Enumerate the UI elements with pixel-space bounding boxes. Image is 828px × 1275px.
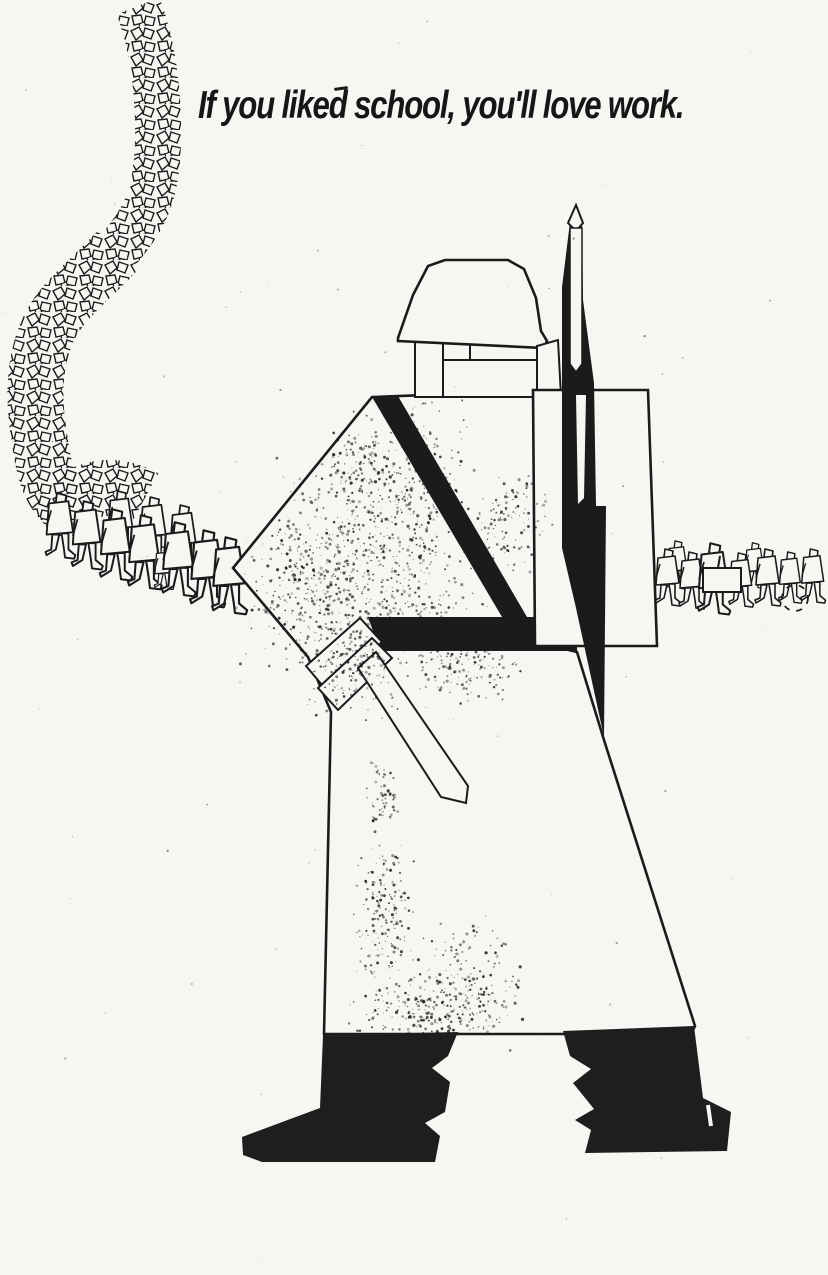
poster-illustration: [0, 0, 828, 1275]
briefcase: [703, 568, 741, 592]
helmet: [398, 260, 547, 348]
left-boot: [242, 1032, 458, 1162]
scan-dash: [334, 86, 348, 91]
rifle-barrel-highlight: [570, 228, 582, 372]
queue-segment-top: [118, 6, 158, 250]
poster-page: If you liked school, you'll love work.: [0, 0, 828, 1275]
crowd-queue-band: [35, 6, 158, 514]
right-boot: [563, 1026, 731, 1153]
queue-segment-bottom: [60, 488, 145, 508]
queue-walkers-right: [655, 541, 826, 615]
helmet-right-flap: [537, 340, 561, 396]
soldier-figure: [233, 205, 731, 1162]
